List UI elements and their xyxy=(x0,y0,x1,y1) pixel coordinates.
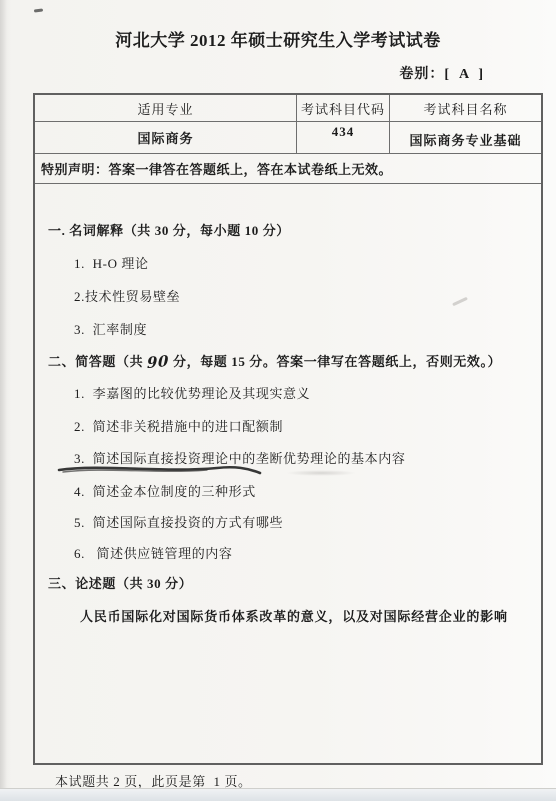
question-2-2: 2. 简述非关税措施中的进口配额制 xyxy=(74,419,283,435)
hand-drawn-underline xyxy=(57,461,269,477)
question-2-4: 4. 简述金本位制度的三种形式 xyxy=(74,484,256,500)
handwritten-score: 90 xyxy=(147,353,169,371)
exam-table: 适用专业 考试科目代码 考试科目名称 国际商务 434 国际商务专业基础 特别声… xyxy=(33,93,543,765)
section-2-heading: 二、简答题（共 90 分，每题 15 分。答案一律写在答题纸上，否则无效。） xyxy=(48,353,501,370)
scan-speck xyxy=(34,8,43,12)
question-1-3: 3. 汇率制度 xyxy=(74,322,147,338)
scan-edge-shadow xyxy=(0,0,7,789)
question-2-1: 1. 李嘉图的比较优势理论及其现实意义 xyxy=(74,386,310,402)
question-area: 一. 名词解释（共 30 分，每小题 10 分） 1. H-O 理论 2.技术性… xyxy=(35,95,541,763)
section-1-heading: 一. 名词解释（共 30 分，每小题 10 分） xyxy=(48,223,290,239)
question-1-2: 2.技术性贸易壁垒 xyxy=(74,289,180,305)
essay-question: 人民币国际化对国际货币体系改革的意义，以及对国际经营企业的影响 xyxy=(80,609,508,625)
section-2-heading-before: 二、简答题（共 xyxy=(48,354,147,369)
question-2-5: 5. 简述国际直接投资的方式有哪些 xyxy=(74,515,283,531)
question-1-1: 1. H-O 理论 xyxy=(74,256,149,272)
section-3-heading: 三、论述题（共 30 分） xyxy=(48,576,192,592)
section-2-heading-after: 分，每题 15 分。答案一律写在答题纸上，否则无效。） xyxy=(169,354,501,369)
exam-paper-page: 河北大学 2012 年硕士研究生入学考试试卷 卷别：[ A ] 适用专业 考试科… xyxy=(0,0,556,801)
volume-label: 卷别：[ A ] xyxy=(399,63,484,83)
question-2-6: 6. 简述供应链管理的内容 xyxy=(74,546,233,562)
viewer-bottom-strip xyxy=(0,789,556,801)
page-title: 河北大学 2012 年硕士研究生入学考试试卷 xyxy=(0,26,556,51)
